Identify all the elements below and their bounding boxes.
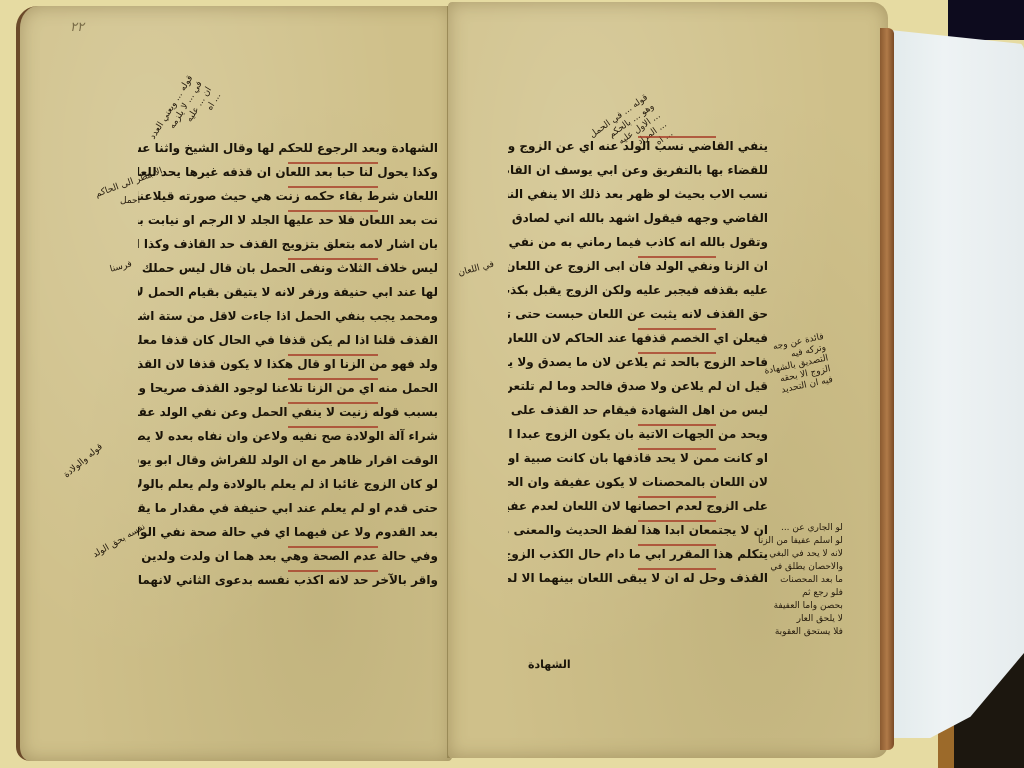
text-line: ولد فهو من الزنا او قال هكذا لا يكون قذف… [138,352,438,376]
text-line: الشهادة وبعد الرجوع للحكم لها وقال الشيخ… [138,136,438,160]
text-line: لها عند ابي حنيفة وزفر لانه لا يتيقن بقي… [138,280,438,304]
text-line: للقضاء بها بالتفريق وعن ابي يوسف ان القا… [508,158,768,182]
text-line: بان اشار لامه بتعلق بتزويج القذف حد القا… [138,232,438,256]
margin-note: احمل [120,196,140,207]
main-text-right: ينفي القاضي نسب الولد عنه اي عن الزوج وي… [508,134,768,590]
text-line: نسب الاب بحيث لو ظهر بعد ذلك الا ينفي ال… [508,182,768,206]
side-note-lower: لو الجاري عن ... لو اسلم عفيفا من الزنا … [758,522,843,639]
text-line: لان اللعان بالمحصنات لا يكون عفيفة وان ا… [508,470,768,494]
white-paper-sheet [890,30,1024,738]
text-line: ان لا يجتمعان ابدا هذا لفظ الحديث والمعن… [508,518,768,542]
text-line: القاضي وجهه فيقول اشهد بالله اني لصادق ف… [508,206,768,230]
text-line: ومحمد يجب بنفي الحمل اذا جاءت لاقل من ست… [138,304,438,328]
text-line: القذف وحل له ان لا يبقى اللعان بينهما ال… [508,566,768,590]
text-line: الوقت اقرار ظاهر مع ان الولد للفراش وقال… [138,448,438,472]
manuscript-photo: ٢٢ قوله ... ويعني العدد في ... لا يلزمه … [0,0,1024,768]
text-line: قيل ان لم يلاعن ولا صدق فالحد وما لم تلت… [508,374,768,398]
text-line: ليس خلاف الثلاث ونفى الحمل بان قال ليس ح… [138,256,438,280]
text-line: يتكلم هذا المقرر ابي ما دام حال الكذب ال… [508,542,768,566]
text-line: وفي حالة عدم الصحة وهي بعد هما ان ولدت و… [138,544,438,568]
text-line: على الزوج لعدم احصانها لان اللعان لعدم ع… [508,494,768,518]
main-text-left: الشهادة وبعد الرجوع للحكم لها وقال الشيخ… [138,136,438,592]
page-number: ٢٢ [70,20,84,35]
catchword: الشهادة [528,658,571,671]
page-stack-edge [880,28,894,750]
text-line: ويحد من الجهات الاتية بان يكون الزوج عبد… [508,422,768,446]
text-line: حتى قدم او لم يعلم عند ابي حنيفة في مقدا… [138,496,438,520]
left-manuscript-page: ٢٢ قوله ... ويعني العدد في ... لا يلزمه … [16,6,452,761]
text-line: ينفي القاضي نسب الولد عنه اي عن الزوج وي… [508,134,768,158]
text-line: وتقول بالله انه كاذب فيما رماني به من نف… [508,230,768,254]
text-line: القذف قلنا اذا لم يكن قذفا في الحال كان … [138,328,438,352]
text-line: شراء آلة الولادة صح نفيه ولاعن وان نفاه … [138,424,438,448]
text-line: الحمل منه اي من الزنا تلاعنا لوجود القذف… [138,376,438,400]
text-line: بعد القدوم ولا عن فيهما اي في حالة صحة ن… [138,520,438,544]
dark-background-top [948,0,1024,40]
text-line: نت بعد اللعان فلا حد عليها الجلد لا الرج… [138,208,438,232]
text-line: اللعان شرط بقاء حكمه زنت هي حيث صورته قي… [138,184,438,208]
text-line: فاحد الزوج بالحد ثم يلاعن لان ما يصدق ول… [508,350,768,374]
text-line: ليس من اهل الشهادة فيقام حد القذف على ال… [508,398,768,422]
text-line: بسبب قوله زنيت لا ينفي الحمل وعن نفي الو… [138,400,438,424]
right-manuscript-page: قوله ... في الحمل وهو ... بالحكم ... الا… [448,2,888,758]
text-line: لو كان الزوج غائبا اذ لم يعلم بالولادة و… [138,472,438,496]
side-note-upper: فائدة عن وجه وتركه فيه التصديق بالشهادة … [759,332,834,399]
margin-note-left: في اللعان [457,259,495,279]
text-line: واقر بالآخر حد لانه اكذب نفسه بدعوى الثا… [138,568,438,592]
text-line: وكذا يحول لنا حبا بعد اللعان ان قذفه غير… [138,160,438,184]
text-line: ان الزنا ونفي الولد فان ابى الزوج عن الل… [508,254,768,278]
text-line: عليه بقذفه فيجبر عليه ولكن الزوج يقبل بك… [508,278,768,302]
margin-note: فرسنا [109,259,133,275]
margin-note: قوله والولادة [62,442,105,481]
text-line: او كانت ممن لا يحد قاذفها بان كانت صبية … [508,446,768,470]
text-line: فيعلن اي الخصم قذفها عند الحاكم لان اللع… [508,326,768,350]
text-line: حق القذف لانه يثبت عن اللعان حبست حتى تل… [508,302,768,326]
